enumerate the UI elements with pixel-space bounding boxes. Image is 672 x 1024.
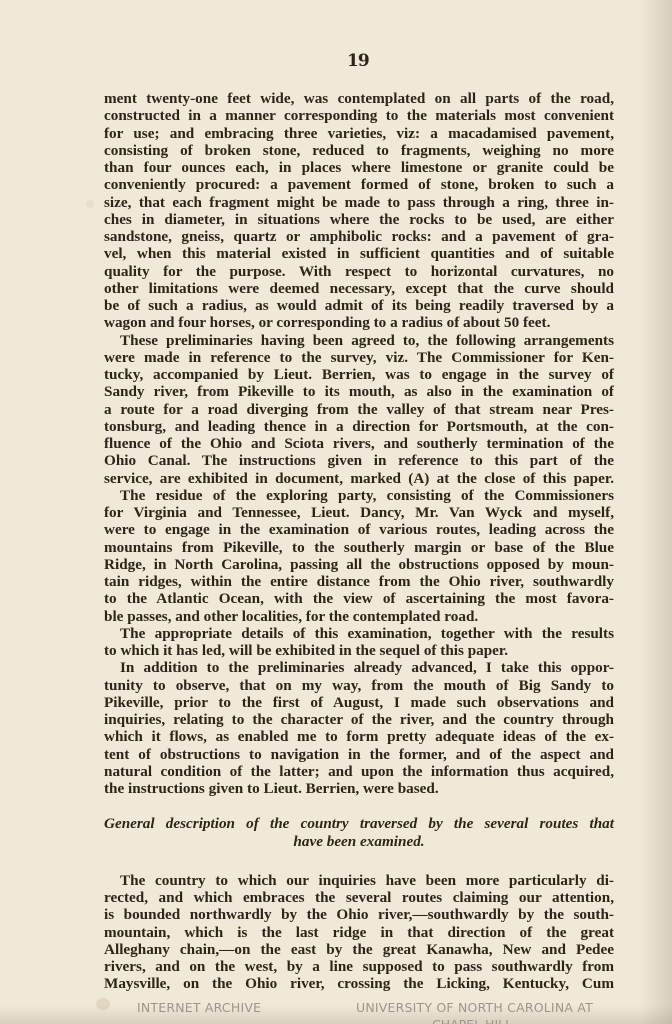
text-line: to the Atlantic Ocean, with the view of … xyxy=(104,590,614,607)
page-number: 19 xyxy=(347,51,369,71)
text-line: In addition to the preliminaries already… xyxy=(104,659,614,676)
text-line: is bounded northwardly by the Ohio river… xyxy=(104,906,614,923)
scanned-page: 19 ment twenty-one feet wide, was contem… xyxy=(0,0,672,1024)
text-line: These preliminaries having been agreed t… xyxy=(104,332,614,349)
text-line: natural condition of the latter; and upo… xyxy=(104,763,614,780)
text-line: tain ridges, within the entire distance … xyxy=(104,573,614,590)
text-line: to which it has led, will be exhibited i… xyxy=(104,642,614,659)
text-line: wagon and four horses, or corresponding … xyxy=(104,314,614,331)
section-heading: General description of the country trave… xyxy=(104,815,614,850)
text-line: constructed in a manner corresponding to… xyxy=(104,107,614,124)
heading-line: General description of the country trave… xyxy=(104,815,614,832)
text-line: The appropriate details of this examinat… xyxy=(104,625,614,642)
text-line: rected, and which embraces the several r… xyxy=(104,889,614,906)
paper-stain xyxy=(96,998,110,1010)
text-line: for Virginia and Tennessee, Lieut. Dancy… xyxy=(104,504,614,521)
text-line: the instructions given to Lieut. Berrien… xyxy=(104,780,614,797)
text-line: ble passes, and other localities, for th… xyxy=(104,608,614,625)
text-line: which it flows, as enabled me to form pr… xyxy=(104,728,614,745)
text-line: tent of obstructions to navigation in th… xyxy=(104,746,614,763)
text-line: consisting of broken stone, reduced to f… xyxy=(104,142,614,159)
paragraph-5: In addition to the preliminaries already… xyxy=(104,659,614,797)
paper-stain xyxy=(86,200,94,208)
text-line: were made in reference to the survey, vi… xyxy=(104,349,614,366)
text-line: sandstone, gneiss, quartz or amphibolic … xyxy=(104,228,614,245)
text-line: The residue of the exploring party, cons… xyxy=(104,487,614,504)
text-line: service, are exhibited in document, mark… xyxy=(104,470,614,487)
text-line: Maysville, on the Ohio river, crossing t… xyxy=(104,975,614,992)
paragraph-3: The residue of the exploring party, cons… xyxy=(104,487,614,625)
text-line: Alleghany chain,—on the east by the grea… xyxy=(104,941,614,958)
text-line: tunity to observe, that on my way, from … xyxy=(104,677,614,694)
text-line: Pikeville, prior to the first of August,… xyxy=(104,694,614,711)
paragraph-6: The country to which our inquiries have … xyxy=(104,872,614,993)
text-line: were to engage in the examination of var… xyxy=(104,521,614,538)
text-line: rivers, and on the west, by a line suppo… xyxy=(104,958,614,975)
text-line: inquiries, relating to the character of … xyxy=(104,711,614,728)
heading-line: have been examined. xyxy=(104,833,614,850)
text-line: fluence of the Ohio and Sciota rivers, a… xyxy=(104,435,614,452)
text-line: for use; and embracing three varieties, … xyxy=(104,125,614,142)
text-line: Ohio Canal. The instructions given in re… xyxy=(104,452,614,469)
watermark-internet-archive: INTERNET ARCHIVE xyxy=(137,1000,261,1015)
text-line: size, that each fragment might be made t… xyxy=(104,194,614,211)
paragraph-2: These preliminaries having been agreed t… xyxy=(104,332,614,487)
text-line: other limitations were deemed necessary,… xyxy=(104,280,614,297)
text-line: tonsburg, and leading thence in a direct… xyxy=(104,418,614,435)
paragraph-1: ment twenty-one feet wide, was contempla… xyxy=(104,90,614,332)
text-line: mountain, which is the last ridge in tha… xyxy=(104,924,614,941)
text-line: mountains from Pikeville, to the souther… xyxy=(104,539,614,556)
text-line: than four ounces each, in places where l… xyxy=(104,159,614,176)
watermark-university: UNIVERSITY OF NORTH CAROLINA AT xyxy=(356,1000,593,1015)
text-line: tucky, accompanied by Lieut. Berrien, wa… xyxy=(104,366,614,383)
watermark-university-line2: CHAPEL HILL xyxy=(432,1017,512,1024)
paragraph-4: The appropriate details of this examinat… xyxy=(104,625,614,660)
text-line: ches in diameter, in situations where th… xyxy=(104,211,614,228)
text-line: vel, when this material existed in suffi… xyxy=(104,245,614,262)
body-text: ment twenty-one feet wide, was contempla… xyxy=(104,90,614,993)
text-line: be of such a radius, as would admit of i… xyxy=(104,297,614,314)
text-line: Ridge, in North Carolina, passing all th… xyxy=(104,556,614,573)
text-line: a route for a road diverging from the va… xyxy=(104,401,614,418)
text-line: ment twenty-one feet wide, was contempla… xyxy=(104,90,614,107)
text-line: Sandy river, from Pikeville to its mouth… xyxy=(104,383,614,400)
text-line: quality for the purpose. With respect to… xyxy=(104,263,614,280)
text-line: The country to which our inquiries have … xyxy=(104,872,614,889)
text-line: conveniently procured: a pavement formed… xyxy=(104,176,614,193)
